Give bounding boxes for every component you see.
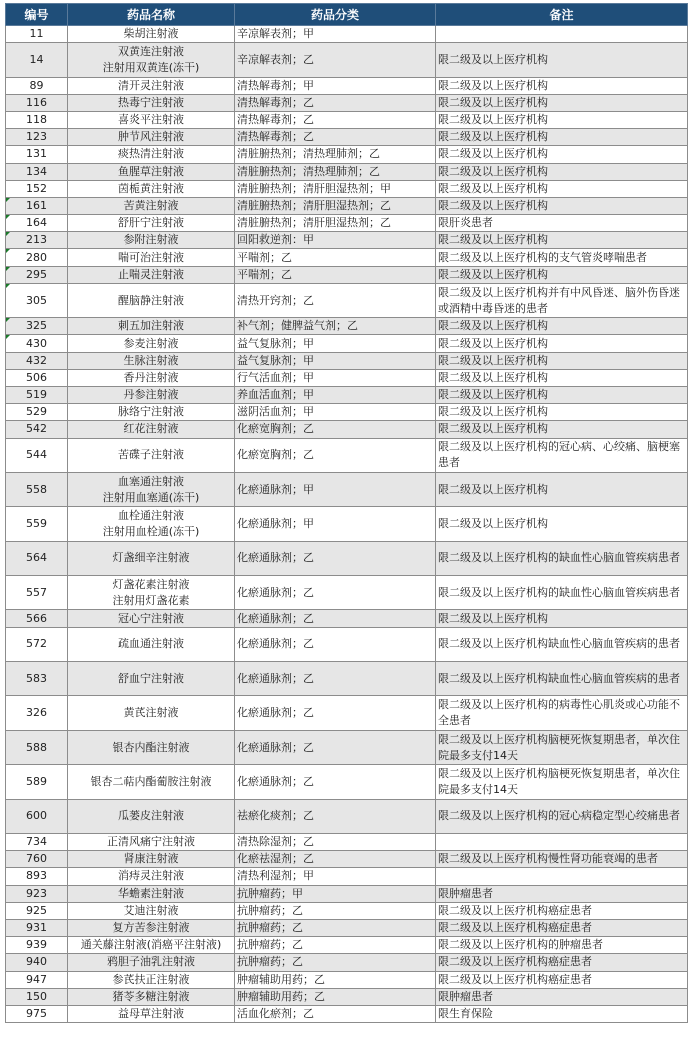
cell-remarks: 限二级及以上医疗机构的肿瘤患者: [436, 937, 688, 954]
number-text: 583: [26, 672, 47, 685]
number-text: 564: [26, 551, 47, 564]
cell-error-indicator-icon: [6, 198, 10, 202]
cell-number: 940: [6, 954, 68, 971]
cell-drug-name: 血栓通注射液注射用血栓通(冻干): [68, 507, 235, 541]
number-text: 572: [26, 637, 47, 650]
drug-name-line: 复方苦参注射液: [70, 920, 232, 936]
table-row: 529脉络宁注射液滋阴活血剂；甲限二级及以上医疗机构: [6, 404, 688, 421]
cell-drug-category: 化瘀通脉剂；乙: [235, 627, 436, 661]
cell-number: 542: [6, 421, 68, 438]
cell-number: 947: [6, 971, 68, 988]
cell-number: 326: [6, 696, 68, 730]
cell-drug-category: 抗肿瘤药；乙: [235, 902, 436, 919]
injection-drug-table: 编号 药品名称 药品分类 备注 11柴胡注射液辛凉解表剂；甲14双黄连注射液注射…: [5, 3, 688, 1023]
cell-drug-name: 艾迪注射液: [68, 902, 235, 919]
cell-drug-category: 化瘀通脉剂；乙: [235, 610, 436, 627]
cell-drug-name: 参附注射液: [68, 232, 235, 249]
cell-drug-category: 化瘀宽胸剂；乙: [235, 421, 436, 438]
table-row: 131痰热清注射液清脏腑热剂；清热理肺剂；乙限二级及以上医疗机构: [6, 146, 688, 163]
cell-number: 432: [6, 352, 68, 369]
table-row: 893消痔灵注射液清热利湿剂；甲: [6, 868, 688, 885]
cell-remarks: 限二级及以上医疗机构: [436, 369, 688, 386]
cell-number: 295: [6, 266, 68, 283]
drug-name-line: 参芪扶正注射液: [70, 972, 232, 988]
drug-name-line: 艾迪注射液: [70, 903, 232, 919]
table-row: 118喜炎平注射液清热解毒剂；乙限二级及以上医疗机构: [6, 111, 688, 128]
cell-drug-category: 抗肿瘤药；甲: [235, 885, 436, 902]
cell-remarks: [436, 834, 688, 851]
cell-remarks: 限二级及以上医疗机构: [436, 610, 688, 627]
cell-number: 893: [6, 868, 68, 885]
number-text: 14: [30, 53, 44, 66]
cell-remarks: 限二级及以上医疗机构: [436, 77, 688, 94]
cell-error-indicator-icon: [6, 232, 10, 236]
cell-drug-category: 清脏腑热剂；清肝胆湿热剂；乙: [235, 215, 436, 232]
cell-number: 566: [6, 610, 68, 627]
number-text: 131: [26, 147, 47, 160]
cell-number: 529: [6, 404, 68, 421]
cell-drug-name: 银杏内酯注射液: [68, 730, 235, 764]
number-text: 519: [26, 388, 47, 401]
number-text: 760: [26, 852, 47, 865]
cell-drug-category: 清热解毒剂；乙: [235, 94, 436, 111]
cell-remarks: 限肝炎患者: [436, 215, 688, 232]
number-text: 305: [26, 294, 47, 307]
cell-number: 572: [6, 627, 68, 661]
number-text: 506: [26, 371, 47, 384]
cell-drug-category: 清脏腑热剂；清热理肺剂；乙: [235, 163, 436, 180]
table-row: 542红花注射液化瘀宽胸剂；乙限二级及以上医疗机构: [6, 421, 688, 438]
cell-drug-name: 灯盏细辛注射液: [68, 541, 235, 575]
cell-remarks: 限二级及以上医疗机构: [436, 335, 688, 352]
cell-drug-name: 肿节风注射液: [68, 129, 235, 146]
drug-name-line: 疏血通注射液: [70, 636, 232, 652]
cell-number: 305: [6, 283, 68, 317]
number-text: 11: [30, 27, 44, 40]
table-row: 939通关藤注射液(消癌平注射液)抗肿瘤药；乙限二级及以上医疗机构的肿瘤患者: [6, 937, 688, 954]
cell-error-indicator-icon: [6, 249, 10, 253]
cell-drug-category: 祛瘀化痰剂；乙: [235, 799, 436, 833]
table-row: 975益母草注射液活血化瘀剂；乙限生育保险: [6, 1005, 688, 1022]
drug-name-line: 消痔灵注射液: [70, 868, 232, 884]
header-drug-category: 药品分类: [235, 4, 436, 26]
cell-error-indicator-icon: [6, 318, 10, 322]
number-text: 931: [26, 921, 47, 934]
table-row: 564灯盏细辛注射液化瘀通脉剂；乙限二级及以上医疗机构的缺血性心脑血管疾病患者: [6, 541, 688, 575]
cell-remarks: 限二级及以上医疗机构: [436, 266, 688, 283]
cell-drug-category: 化瘀通脉剂；乙: [235, 765, 436, 799]
drug-name-line: 鸦胆子油乳注射液: [70, 954, 232, 970]
cell-drug-name: 参芪扶正注射液: [68, 971, 235, 988]
cell-drug-category: 清脏腑热剂；清肝胆湿热剂；乙: [235, 197, 436, 214]
drug-name-line: 喜炎平注射液: [70, 112, 232, 128]
header-number: 编号: [6, 4, 68, 26]
cell-drug-category: 化瘀宽胸剂；乙: [235, 438, 436, 472]
cell-remarks: 限二级及以上医疗机构: [436, 111, 688, 128]
table-row: 588银杏内酯注射液化瘀通脉剂；乙限二级及以上医疗机构脑梗死恢复期患者，单次住院…: [6, 730, 688, 764]
number-text: 326: [26, 706, 47, 719]
table-row: 600瓜蒌皮注射液祛瘀化痰剂；乙限二级及以上医疗机构的冠心病稳定型心绞痛患者: [6, 799, 688, 833]
cell-remarks: 限二级及以上医疗机构: [436, 507, 688, 541]
drug-name-line: 脉络宁注射液: [70, 404, 232, 420]
drug-name-line: 注射用双黄连(冻干): [70, 60, 232, 76]
cell-number: 325: [6, 318, 68, 335]
cell-number: 161: [6, 197, 68, 214]
cell-drug-name: 舒血宁注射液: [68, 662, 235, 696]
table-row: 89清开灵注射液清热解毒剂；甲限二级及以上医疗机构: [6, 77, 688, 94]
number-text: 589: [26, 775, 47, 788]
cell-drug-name: 正清风痛宁注射液: [68, 834, 235, 851]
drug-name-line: 清开灵注射液: [70, 78, 232, 94]
cell-remarks: 限二级及以上医疗机构的缺血性心脑血管疾病患者: [436, 541, 688, 575]
cell-drug-category: 化瘀通脉剂；乙: [235, 696, 436, 730]
drug-name-line: 刺五加注射液: [70, 318, 232, 334]
cell-drug-category: 清热开窍剂；乙: [235, 283, 436, 317]
cell-drug-name: 痰热清注射液: [68, 146, 235, 163]
table-row: 931复方苦参注射液抗肿瘤药；乙限二级及以上医疗机构癌症患者: [6, 919, 688, 936]
cell-remarks: 限二级及以上医疗机构的冠心病稳定型心绞痛患者: [436, 799, 688, 833]
cell-remarks: 限二级及以上医疗机构脑梗死恢复期患者，单次住院最多支付14天: [436, 730, 688, 764]
drug-name-line: 参附注射液: [70, 232, 232, 248]
drug-name-line: 生脉注射液: [70, 353, 232, 369]
cell-number: 116: [6, 94, 68, 111]
cell-drug-name: 消痔灵注射液: [68, 868, 235, 885]
cell-number: 544: [6, 438, 68, 472]
table-body: 11柴胡注射液辛凉解表剂；甲14双黄连注射液注射用双黄连(冻干)辛凉解表剂；乙限…: [6, 26, 688, 1023]
cell-drug-category: 清热解毒剂；乙: [235, 111, 436, 128]
cell-remarks: 限二级及以上医疗机构: [436, 146, 688, 163]
cell-number: 931: [6, 919, 68, 936]
drug-name-line: 双黄连注射液: [70, 44, 232, 60]
cell-remarks: 限二级及以上医疗机构: [436, 43, 688, 77]
number-text: 123: [26, 130, 47, 143]
number-text: 975: [26, 1007, 47, 1020]
number-text: 939: [26, 938, 47, 951]
header-remarks: 备注: [436, 4, 688, 26]
table-row: 116热毒宁注射液清热解毒剂；乙限二级及以上医疗机构: [6, 94, 688, 111]
cell-error-indicator-icon: [6, 267, 10, 271]
table-row: 280喘可治注射液平喘剂；乙限二级及以上医疗机构的支气管炎哮喘患者: [6, 249, 688, 266]
cell-drug-name: 苦碟子注射液: [68, 438, 235, 472]
cell-remarks: 限二级及以上医疗机构缺血性心脑血管疾病的患者: [436, 627, 688, 661]
cell-drug-name: 益母草注射液: [68, 1005, 235, 1022]
cell-drug-category: 抗肿瘤药；乙: [235, 954, 436, 971]
cell-remarks: 限二级及以上医疗机构: [436, 318, 688, 335]
cell-drug-category: 回阳救逆剂：甲: [235, 232, 436, 249]
cell-drug-category: 活血化瘀剂；乙: [235, 1005, 436, 1022]
drug-name-line: 正清风痛宁注射液: [70, 834, 232, 850]
cell-drug-name: 柴胡注射液: [68, 26, 235, 43]
cell-drug-category: 行气活血剂；甲: [235, 369, 436, 386]
cell-drug-name: 灯盏花素注射液注射用灯盏花素: [68, 576, 235, 610]
table-row: 123肿节风注射液清热解毒剂；乙限二级及以上医疗机构: [6, 129, 688, 146]
drug-name-line: 通关藤注射液(消癌平注射液): [70, 937, 232, 953]
drug-name-line: 醒脑静注射液: [70, 293, 232, 309]
cell-drug-name: 喜炎平注射液: [68, 111, 235, 128]
cell-remarks: 限二级及以上医疗机构癌症患者: [436, 954, 688, 971]
drug-name-line: 肿节风注射液: [70, 129, 232, 145]
cell-remarks: 限二级及以上医疗机构的缺血性心脑血管疾病患者: [436, 576, 688, 610]
drug-name-line: 舒肝宁注射液: [70, 215, 232, 231]
number-text: 923: [26, 887, 47, 900]
cell-drug-category: 化瘀通脉剂；乙: [235, 730, 436, 764]
drug-name-line: 苦黄注射液: [70, 198, 232, 214]
drug-name-line: 血塞通注射液: [70, 474, 232, 490]
cell-number: 134: [6, 163, 68, 180]
cell-drug-name: 醒脑静注射液: [68, 283, 235, 317]
number-text: 558: [26, 483, 47, 496]
number-text: 134: [26, 165, 47, 178]
cell-number: 925: [6, 902, 68, 919]
cell-drug-category: 抗肿瘤药；乙: [235, 937, 436, 954]
cell-drug-name: 鱼腥草注射液: [68, 163, 235, 180]
cell-remarks: 限二级及以上医疗机构: [436, 404, 688, 421]
number-text: 325: [26, 319, 47, 332]
drug-name-line: 鱼腥草注射液: [70, 164, 232, 180]
cell-drug-category: 化瘀通脉剂；甲: [235, 507, 436, 541]
drug-name-line: 注射用血塞通(冻干): [70, 490, 232, 506]
cell-remarks: 限二级及以上医疗机构: [436, 386, 688, 403]
drug-name-line: 止喘灵注射液: [70, 267, 232, 283]
number-text: 566: [26, 612, 47, 625]
cell-drug-category: 清热利湿剂；甲: [235, 868, 436, 885]
table-row: 164舒肝宁注射液清脏腑热剂；清肝胆湿热剂；乙限肝炎患者: [6, 215, 688, 232]
cell-remarks: [436, 26, 688, 43]
cell-drug-name: 刺五加注射液: [68, 318, 235, 335]
cell-remarks: 限二级及以上医疗机构的病毒性心肌炎或心功能不全患者: [436, 696, 688, 730]
cell-drug-name: 通关藤注射液(消癌平注射液): [68, 937, 235, 954]
table-row: 923华蟾素注射液抗肿瘤药；甲限肿瘤患者: [6, 885, 688, 902]
cell-remarks: 限二级及以上医疗机构: [436, 352, 688, 369]
cell-drug-name: 血塞通注射液注射用血塞通(冻干): [68, 472, 235, 506]
cell-remarks: 限二级及以上医疗机构: [436, 94, 688, 111]
number-text: 925: [26, 904, 47, 917]
table-row: 161苦黄注射液清脏腑热剂；清肝胆湿热剂；乙限二级及以上医疗机构: [6, 197, 688, 214]
cell-number: 152: [6, 180, 68, 197]
cell-number: 213: [6, 232, 68, 249]
number-text: 940: [26, 955, 47, 968]
cell-drug-name: 双黄连注射液注射用双黄连(冻干): [68, 43, 235, 77]
cell-number: 734: [6, 834, 68, 851]
drug-name-line: 灯盏花素注射液: [70, 577, 232, 593]
cell-drug-name: 冠心宁注射液: [68, 610, 235, 627]
cell-drug-name: 复方苦参注射液: [68, 919, 235, 936]
table-row: 566冠心宁注射液化瘀通脉剂；乙限二级及以上医疗机构: [6, 610, 688, 627]
cell-remarks: 限二级及以上医疗机构癌症患者: [436, 919, 688, 936]
drug-name-line: 痰热清注射液: [70, 146, 232, 162]
cell-drug-name: 黄芪注射液: [68, 696, 235, 730]
cell-drug-name: 红花注射液: [68, 421, 235, 438]
cell-drug-category: 化瘀通脉剂；乙: [235, 541, 436, 575]
cell-number: 557: [6, 576, 68, 610]
cell-number: 150: [6, 988, 68, 1005]
table-row: 760肾康注射液化瘀祛湿剂；乙限二级及以上医疗机构慢性肾功能衰竭的患者: [6, 851, 688, 868]
cell-remarks: 限二级及以上医疗机构: [436, 421, 688, 438]
cell-error-indicator-icon: [6, 284, 10, 288]
cell-drug-category: 化瘀通脉剂；乙: [235, 576, 436, 610]
cell-drug-name: 脉络宁注射液: [68, 404, 235, 421]
cell-remarks: 限二级及以上医疗机构: [436, 163, 688, 180]
drug-name-line: 华蟾素注射液: [70, 886, 232, 902]
table-row: 150猪苓多糖注射液肿瘤辅助用药；乙限肿瘤患者: [6, 988, 688, 1005]
number-text: 893: [26, 869, 47, 882]
cell-number: 583: [6, 662, 68, 696]
cell-drug-category: 化瘀通脉剂；甲: [235, 472, 436, 506]
cell-drug-category: 益气复脉剂；甲: [235, 352, 436, 369]
table-row: 559血栓通注射液注射用血栓通(冻干)化瘀通脉剂；甲限二级及以上医疗机构: [6, 507, 688, 541]
cell-drug-category: 辛凉解表剂；乙: [235, 43, 436, 77]
cell-error-indicator-icon: [6, 215, 10, 219]
table-row: 326黄芪注射液化瘀通脉剂；乙限二级及以上医疗机构的病毒性心肌炎或心功能不全患者: [6, 696, 688, 730]
table-row: 589银杏二萜内酯葡胺注射液化瘀通脉剂；乙限二级及以上医疗机构脑梗死恢复期患者，…: [6, 765, 688, 799]
drug-name-line: 参麦注射液: [70, 336, 232, 352]
cell-drug-category: 化瘀祛湿剂；乙: [235, 851, 436, 868]
number-text: 432: [26, 354, 47, 367]
cell-number: 760: [6, 851, 68, 868]
table-row: 557灯盏花素注射液注射用灯盏花素化瘀通脉剂；乙限二级及以上医疗机构的缺血性心脑…: [6, 576, 688, 610]
cell-drug-category: 肿瘤辅助用药；乙: [235, 988, 436, 1005]
cell-remarks: 限肿瘤患者: [436, 988, 688, 1005]
table-row: 432生脉注射液益气复脉剂；甲限二级及以上医疗机构: [6, 352, 688, 369]
cell-drug-category: 养血活血剂；甲: [235, 386, 436, 403]
cell-number: 118: [6, 111, 68, 128]
drug-name-line: 热毒宁注射液: [70, 95, 232, 111]
drug-table-container: 编号 药品名称 药品分类 备注 11柴胡注射液辛凉解表剂；甲14双黄连注射液注射…: [5, 3, 687, 1023]
cell-drug-category: 辛凉解表剂；甲: [235, 26, 436, 43]
drug-name-line: 茵栀黄注射液: [70, 181, 232, 197]
table-header-row: 编号 药品名称 药品分类 备注: [6, 4, 688, 26]
drug-name-line: 舒血宁注射液: [70, 671, 232, 687]
cell-remarks: 限生育保险: [436, 1005, 688, 1022]
cell-number: 123: [6, 129, 68, 146]
cell-remarks: 限二级及以上医疗机构并有中风昏迷、脑外伤昏迷或酒精中毒昏迷的患者: [436, 283, 688, 317]
table-row: 940鸦胆子油乳注射液抗肿瘤药；乙限二级及以上医疗机构癌症患者: [6, 954, 688, 971]
drug-name-line: 注射用血栓通(冻干): [70, 524, 232, 540]
cell-drug-category: 清热解毒剂；甲: [235, 77, 436, 94]
number-text: 280: [26, 251, 47, 264]
number-text: 118: [26, 113, 47, 126]
table-row: 11柴胡注射液辛凉解表剂；甲: [6, 26, 688, 43]
number-text: 557: [26, 586, 47, 599]
table-row: 506香丹注射液行气活血剂；甲限二级及以上医疗机构: [6, 369, 688, 386]
cell-remarks: 限二级及以上医疗机构慢性肾功能衰竭的患者: [436, 851, 688, 868]
number-text: 600: [26, 809, 47, 822]
cell-remarks: 限二级及以上医疗机构: [436, 472, 688, 506]
drug-name-line: 丹参注射液: [70, 387, 232, 403]
table-row: 558血塞通注射液注射用血塞通(冻干)化瘀通脉剂；甲限二级及以上医疗机构: [6, 472, 688, 506]
drug-name-line: 柴胡注射液: [70, 26, 232, 42]
cell-drug-name: 茵栀黄注射液: [68, 180, 235, 197]
cell-number: 164: [6, 215, 68, 232]
cell-drug-category: 平喘剂；乙: [235, 266, 436, 283]
cell-drug-name: 丹参注射液: [68, 386, 235, 403]
cell-drug-category: 清脏腑热剂；清肝胆湿热剂；甲: [235, 180, 436, 197]
cell-drug-name: 鸦胆子油乳注射液: [68, 954, 235, 971]
drug-name-line: 苦碟子注射液: [70, 447, 232, 463]
cell-number: 280: [6, 249, 68, 266]
cell-drug-category: 滋阴活血剂；甲: [235, 404, 436, 421]
cell-remarks: 限二级及以上医疗机构: [436, 180, 688, 197]
table-row: 152茵栀黄注射液清脏腑热剂；清肝胆湿热剂；甲限二级及以上医疗机构: [6, 180, 688, 197]
cell-drug-category: 清热除湿剂；乙: [235, 834, 436, 851]
cell-drug-name: 喘可治注射液: [68, 249, 235, 266]
cell-number: 430: [6, 335, 68, 352]
cell-remarks: 限二级及以上医疗机构: [436, 232, 688, 249]
cell-number: 923: [6, 885, 68, 902]
cell-drug-category: 平喘剂；乙: [235, 249, 436, 266]
cell-remarks: 限二级及以上医疗机构癌症患者: [436, 971, 688, 988]
table-row: 734正清风痛宁注射液清热除湿剂；乙: [6, 834, 688, 851]
cell-number: 975: [6, 1005, 68, 1022]
number-text: 947: [26, 973, 47, 986]
cell-number: 589: [6, 765, 68, 799]
cell-drug-name: 生脉注射液: [68, 352, 235, 369]
number-text: 734: [26, 835, 47, 848]
table-row: 430参麦注射液益气复脉剂；甲限二级及以上医疗机构: [6, 335, 688, 352]
drug-name-line: 肾康注射液: [70, 851, 232, 867]
cell-remarks: 限肿瘤患者: [436, 885, 688, 902]
number-text: 213: [26, 233, 47, 246]
drug-name-line: 冠心宁注射液: [70, 611, 232, 627]
table-row: 134鱼腥草注射液清脏腑热剂；清热理肺剂；乙限二级及以上医疗机构: [6, 163, 688, 180]
drug-name-line: 喘可治注射液: [70, 250, 232, 266]
cell-number: 588: [6, 730, 68, 764]
cell-drug-name: 参麦注射液: [68, 335, 235, 352]
cell-number: 558: [6, 472, 68, 506]
number-text: 430: [26, 337, 47, 350]
cell-drug-category: 补气剂；健脾益气剂；乙: [235, 318, 436, 335]
number-text: 116: [26, 96, 47, 109]
drug-name-line: 灯盏细辛注射液: [70, 550, 232, 566]
cell-number: 89: [6, 77, 68, 94]
cell-drug-category: 益气复脉剂；甲: [235, 335, 436, 352]
drug-name-line: 香丹注射液: [70, 370, 232, 386]
cell-drug-name: 银杏二萜内酯葡胺注射液: [68, 765, 235, 799]
drug-name-line: 黄芪注射液: [70, 705, 232, 721]
cell-remarks: 限二级及以上医疗机构癌症患者: [436, 902, 688, 919]
cell-drug-name: 肾康注射液: [68, 851, 235, 868]
table-row: 572疏血通注射液化瘀通脉剂；乙限二级及以上医疗机构缺血性心脑血管疾病的患者: [6, 627, 688, 661]
drug-name-line: 注射用灯盏花素: [70, 593, 232, 609]
cell-drug-name: 舒肝宁注射液: [68, 215, 235, 232]
number-text: 295: [26, 268, 47, 281]
table-row: 925艾迪注射液抗肿瘤药；乙限二级及以上医疗机构癌症患者: [6, 902, 688, 919]
cell-remarks: 限二级及以上医疗机构缺血性心脑血管疾病的患者: [436, 662, 688, 696]
number-text: 161: [26, 199, 47, 212]
number-text: 544: [26, 448, 47, 461]
drug-name-line: 瓜蒌皮注射液: [70, 808, 232, 824]
cell-number: 939: [6, 937, 68, 954]
cell-drug-category: 清热解毒剂；乙: [235, 129, 436, 146]
header-drug-name: 药品名称: [68, 4, 235, 26]
table-row: 583舒血宁注射液化瘀通脉剂；乙限二级及以上医疗机构缺血性心脑血管疾病的患者: [6, 662, 688, 696]
cell-drug-name: 止喘灵注射液: [68, 266, 235, 283]
cell-remarks: [436, 868, 688, 885]
table-row: 305醒脑静注射液清热开窍剂；乙限二级及以上医疗机构并有中风昏迷、脑外伤昏迷或酒…: [6, 283, 688, 317]
cell-remarks: 限二级及以上医疗机构的冠心病、心绞痛、脑梗塞患者: [436, 438, 688, 472]
number-text: 89: [30, 79, 44, 92]
drug-name-line: 猪苓多糖注射液: [70, 989, 232, 1005]
cell-drug-name: 香丹注射液: [68, 369, 235, 386]
table-row: 519丹参注射液养血活血剂；甲限二级及以上医疗机构: [6, 386, 688, 403]
number-text: 164: [26, 216, 47, 229]
cell-drug-name: 疏血通注射液: [68, 627, 235, 661]
drug-name-line: 银杏二萜内酯葡胺注射液: [70, 774, 232, 790]
cell-number: 131: [6, 146, 68, 163]
drug-name-line: 血栓通注射液: [70, 508, 232, 524]
cell-drug-name: 瓜蒌皮注射液: [68, 799, 235, 833]
drug-name-line: 红花注射液: [70, 421, 232, 437]
